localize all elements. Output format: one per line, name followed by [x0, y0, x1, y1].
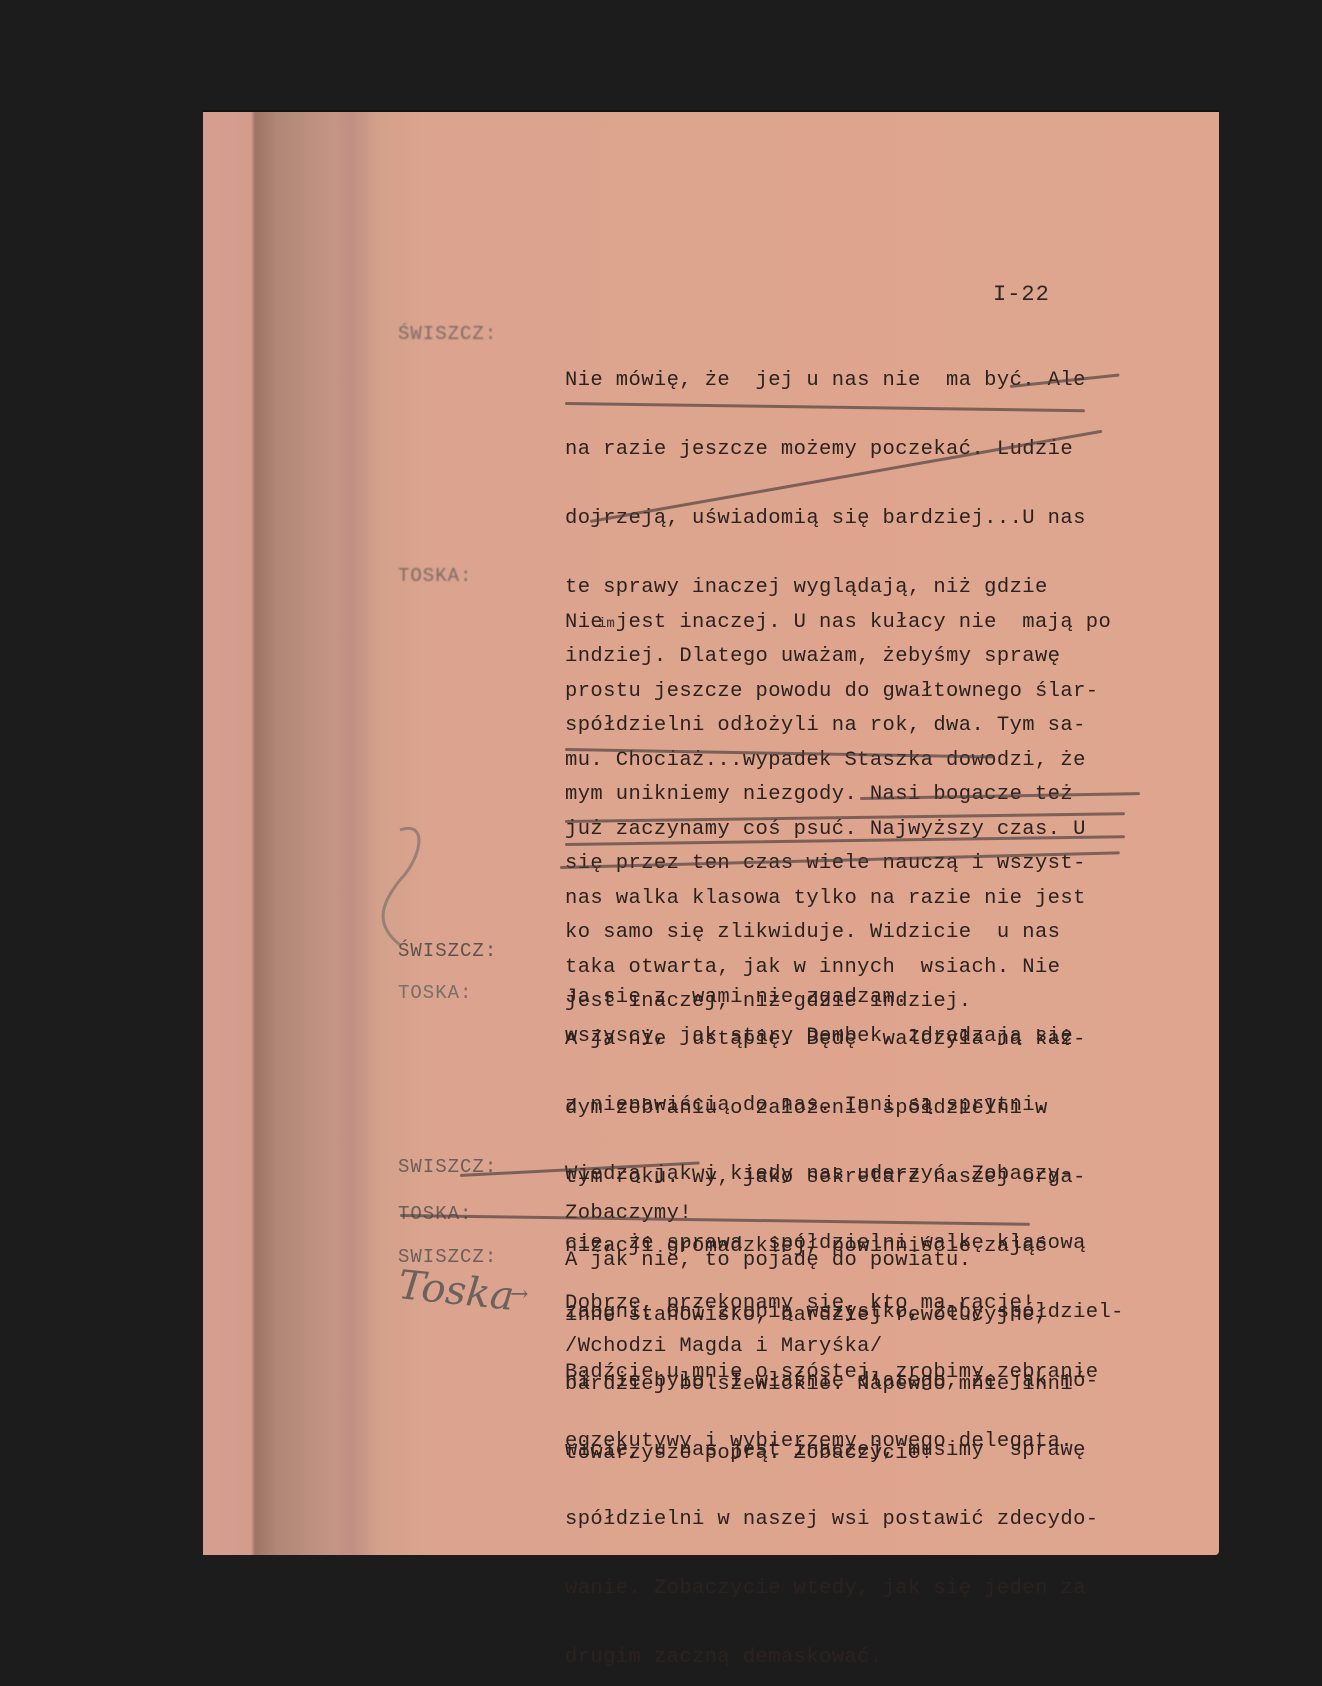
- speech-line: prostu jeszcze powodu do gwałtownego śla…: [565, 680, 1145, 703]
- speech-line: Bądźcie u mnie o szóstej, zrobimy zebran…: [565, 1361, 1145, 1384]
- arrow-icon: →: [510, 1282, 528, 1307]
- speech-line: nas walka klasowa tylko na razie nie jes…: [565, 887, 1145, 910]
- speech-line: Dobrze, przekonamy się, kto ma rację!: [565, 1292, 1145, 1315]
- speech-line: na razie jeszcze możemy poczekać. Ludzie: [565, 438, 1145, 461]
- speech-line: drugim zaczną demaskować.: [565, 1646, 1145, 1669]
- speaker-label: ŚWISZCZ:: [398, 323, 497, 345]
- page-number: I-22: [993, 282, 1050, 307]
- speech-line: egzekutywy i wybierzemy nowego delegata.: [565, 1430, 1145, 1453]
- speech-line: spółdzielni w naszej wsi postawić zdecyd…: [565, 1508, 1145, 1531]
- interlinear-note: im: [598, 616, 615, 632]
- speaker-label: TOSKA:: [398, 982, 472, 1004]
- speech-line: A ja nie ustąpię. Będę walczyła na każ-: [565, 1028, 1145, 1051]
- speaker-label: TOSKA:: [398, 565, 472, 587]
- speech-block: Dobrze, przekonamy się, kto ma rację! Bą…: [565, 1246, 1145, 1476]
- speech-line: dym zebraniu o założenie spółdzielni w: [565, 1097, 1145, 1120]
- speech-line: wanie. Zobaczycie wtedy, jak się jeden z…: [565, 1577, 1145, 1600]
- stage-direction: /Wchodzi Magda i Maryśka/: [565, 1335, 1145, 1358]
- speech-line: Nie jest inaczej. U nas kułacy nie mają …: [565, 611, 1145, 634]
- pencil-margin-mark: [360, 820, 440, 950]
